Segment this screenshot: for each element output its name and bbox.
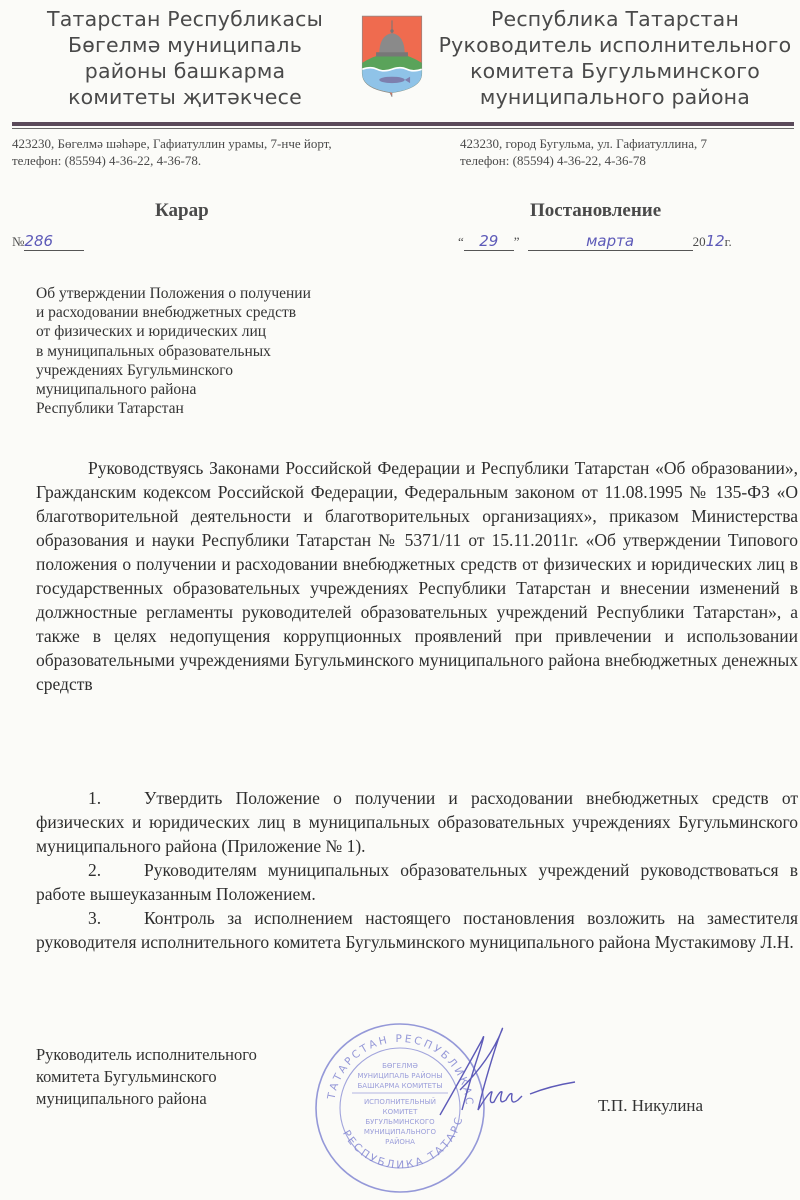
- subject-line: Республики Татарстан: [36, 399, 311, 418]
- header-tatar-title: Татарстан Республикасы Бөгелмә муниципал…: [20, 6, 350, 110]
- header-left-line: Татарстан Республикасы: [20, 6, 350, 32]
- resolution-item: 3.Контроль за исполнением настоящего пос…: [36, 906, 798, 954]
- subject-line: от физических и юридических лиц: [36, 322, 311, 341]
- document-date: “29”марта2012г.: [458, 232, 732, 251]
- item-text: Утвердить Положение о получении и расход…: [36, 788, 798, 856]
- subject-line: Об утверждении Положения о получении: [36, 284, 311, 303]
- header-divider-thin: [12, 128, 794, 129]
- svg-text:БУГУЛЬМИНСКОГО: БУГУЛЬМИНСКОГО: [365, 1118, 435, 1126]
- address-russian: 423230, город Бугульма, ул. Гафиатуллина…: [460, 135, 707, 169]
- handwritten-signature-icon: [430, 1020, 580, 1130]
- address-line: 423230, город Бугульма, ул. Гафиатуллина…: [460, 135, 707, 152]
- subject-line: в муниципальных образовательных: [36, 342, 311, 361]
- coat-of-arms-icon: [347, 14, 437, 99]
- header-right-line: муниципального района: [430, 84, 800, 110]
- signatory-title: Руководитель исполнительного комитета Бу…: [36, 1044, 257, 1110]
- svg-text:ИСПОЛНИТЕЛЬНЫЙ: ИСПОЛНИТЕЛЬНЫЙ: [364, 1097, 436, 1106]
- item-text: Руководителям муниципальных образователь…: [36, 860, 798, 904]
- header-left-line: районы башкарма: [20, 58, 350, 84]
- date-day-handwritten: 29: [479, 232, 498, 250]
- document-number: №286: [12, 232, 84, 251]
- subject-line: учреждениях Бугульминского: [36, 361, 311, 380]
- header-left-line: комитеты җитәкчесе: [20, 84, 350, 110]
- item-number: 1.: [88, 786, 144, 810]
- date-year-handwritten: 12: [706, 232, 725, 250]
- number-value-handwritten: 286: [24, 232, 53, 250]
- subject-line: и расходовании внебюджетных средств: [36, 303, 311, 322]
- signatory-title-line: комитета Бугульминского: [36, 1066, 257, 1088]
- resolution-items: 1.Утвердить Положение о получении и расх…: [36, 786, 798, 954]
- doc-type-russian: Постановление: [530, 200, 661, 222]
- doc-type-tatar: Карар: [155, 200, 209, 222]
- preamble-text: Руководствуясь Законами Российской Федер…: [36, 456, 798, 696]
- phone-line: телефон: (85594) 4-36-22, 4-36-78.: [12, 152, 332, 169]
- address-tatar: 423230, Бөгелмә шәһәре, Гафиатуллин урам…: [12, 135, 332, 169]
- header-left-line: Бөгелмә муниципаль: [20, 32, 350, 58]
- svg-text:РАЙОНА: РАЙОНА: [385, 1137, 415, 1146]
- header-right-line: Руководитель исполнительного: [430, 32, 800, 58]
- header-divider-thick: [12, 122, 794, 126]
- date-month-handwritten: марта: [586, 232, 634, 250]
- phone-line: телефон: (85594) 4-36-22, 4-36-78: [460, 152, 707, 169]
- resolution-item: 1.Утвердить Положение о получении и расх…: [36, 786, 798, 858]
- item-number: 3.: [88, 906, 144, 930]
- number-sign: №: [12, 234, 24, 249]
- svg-text:БӨГЕЛМӘ: БӨГЕЛМӘ: [382, 1062, 418, 1070]
- preamble: Руководствуясь Законами Российской Федер…: [36, 456, 798, 696]
- signatory-name: Т.П. Никулина: [598, 1096, 703, 1116]
- quote-close: ”: [514, 234, 520, 249]
- item-number: 2.: [88, 858, 144, 882]
- signatory-title-line: муниципального района: [36, 1088, 257, 1110]
- signatory-title-line: Руководитель исполнительного: [36, 1044, 257, 1066]
- date-year-prefix: 20: [693, 234, 706, 249]
- document-subject: Об утверждении Положения о получении и р…: [36, 284, 311, 418]
- header-russian-title: Республика Татарстан Руководитель исполн…: [430, 6, 800, 110]
- header-right-line: Республика Татарстан: [430, 6, 800, 32]
- resolution-item: 2.Руководителям муниципальных образовате…: [36, 858, 798, 906]
- svg-text:МУНИЦИПАЛЬНОГО: МУНИЦИПАЛЬНОГО: [364, 1128, 437, 1136]
- date-suffix: г.: [725, 234, 732, 249]
- address-line: 423230, Бөгелмә шәһәре, Гафиатуллин урам…: [12, 135, 332, 152]
- svg-text:КОМИТЕТ: КОМИТЕТ: [383, 1108, 418, 1116]
- item-text: Контроль за исполнением настоящего поста…: [36, 908, 798, 952]
- header-right-line: комитета Бугульминского: [430, 58, 800, 84]
- subject-line: муниципального района: [36, 380, 311, 399]
